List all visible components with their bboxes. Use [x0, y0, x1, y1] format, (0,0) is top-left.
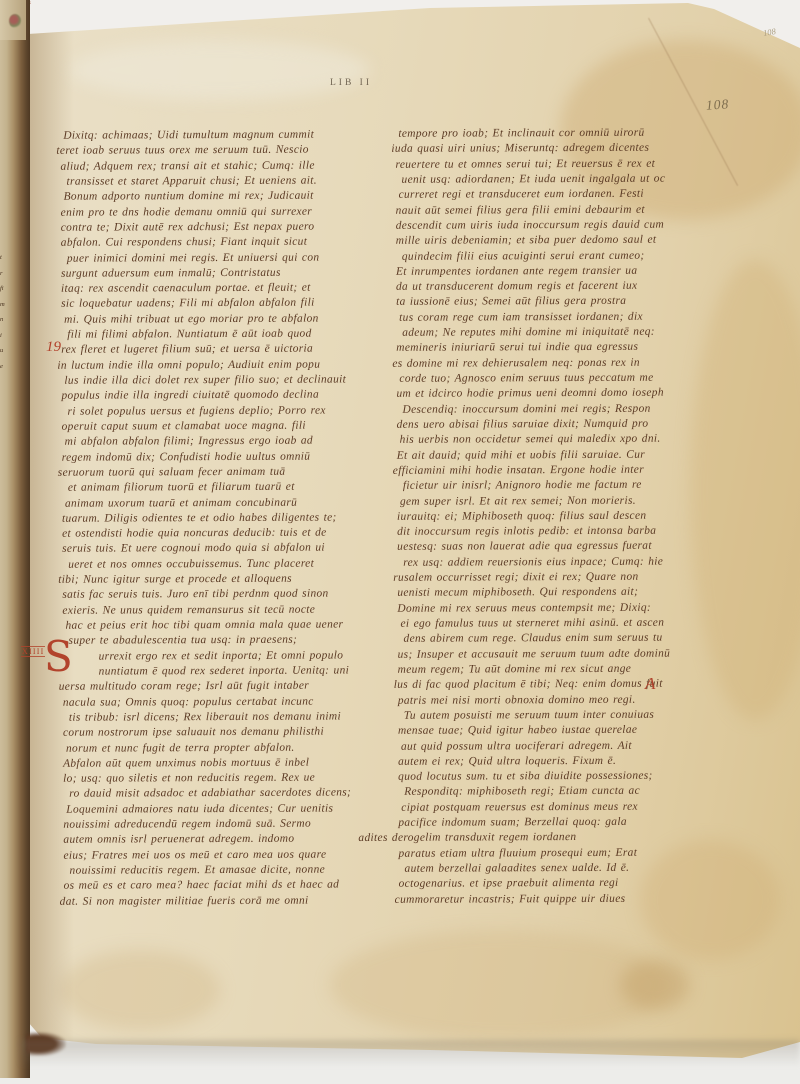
text-line: Dixitq: achimaas; Uidi tumultum magnum c… — [63, 127, 392, 144]
text-line: Et ait dauid; quid mihi et uobis filii s… — [397, 447, 765, 464]
text-line: Tu autem posuisti me seruum tuum inter c… — [404, 707, 766, 724]
text-line: super te abadulescentia tua usq: in prae… — [69, 633, 395, 650]
right-text-column: tempore pro ioab; Et inclinauit cor omni… — [395, 125, 766, 908]
text-line: Descendiq: inoccursum domini mei regis; … — [403, 401, 765, 418]
text-line: seruis tuis. Et uere cognoui modo quia s… — [62, 541, 394, 558]
text-line: memineris iniuriarū serui tui indie qua … — [396, 340, 764, 357]
text-line: uenit usq: adiordanen; Et iuda uenit ing… — [401, 171, 763, 188]
text-line: exieris. Ne unus quidem remansurus sit t… — [62, 602, 394, 619]
left-text-column: Dixitq: achimaas; Uidi tumultum magnum c… — [60, 127, 395, 909]
text-line: tuarum. Diligis odientes te et odio habe… — [62, 510, 394, 527]
text-line: Domine mi rex seruus meus contempsit me;… — [397, 600, 765, 617]
text-line: contra te; Dixit autē rex adchusi; Est n… — [61, 219, 393, 236]
text-line: patris mei nisi morti obnoxia domino meo… — [398, 692, 766, 709]
chapter-number-19: 19 — [46, 339, 61, 356]
text-line: os meū es et caro mea? haec faciat mihi … — [64, 878, 396, 895]
marginal-letter-a: A — [645, 674, 655, 694]
text-line: cipiat postquam reuersus est dominus meu… — [401, 799, 766, 816]
text-line: aliud; Adquem rex; transi ait et stahic;… — [60, 158, 392, 175]
text-line: tis tribub: isrl dicens; Rex liberauit n… — [69, 709, 395, 726]
text-line: tempore pro ioab; Et inclinauit cor omni… — [398, 125, 763, 142]
text-line: mensae tuae; Quid igitur habeo iustae qu… — [398, 722, 766, 739]
text-line: dat. Si non magister militiae fueris cor… — [60, 893, 396, 910]
text-line: r — [0, 271, 9, 278]
text-line: Loquemini admaiores natu iuda dicentes; … — [66, 801, 395, 818]
text-line: dens abirem cum rege. Claudus enim sum s… — [404, 631, 766, 648]
text-line: autem ei rex; Quid ultra loqueris. Fixum… — [398, 753, 766, 770]
text-line: es domine mi rex dehierusalem neq: ponas… — [392, 355, 764, 372]
text-line: lus indie illa dici dolet rex super fili… — [64, 372, 393, 389]
text-line: enim pro te dns hodie demanu omniū qui s… — [61, 204, 393, 221]
text-line: mille uiris debeniamin; et siba puer ded… — [396, 232, 764, 249]
text-line: uenisti mecum miphiboseth. Qui responden… — [397, 585, 765, 602]
text-line: m — [0, 302, 9, 309]
text-line: hac et peius erit hoc tibi quam omnia ma… — [65, 617, 394, 634]
text-line: curreret regi et transduceret eum iordan… — [399, 186, 764, 203]
text-line: Et inrumpentes iordanen ante regem trans… — [396, 263, 764, 280]
text-line: norum et nunc fugit de terra propter abf… — [66, 740, 395, 757]
text-line: ri solet populus uersus et fugiens depli… — [68, 403, 394, 420]
manuscript-photo: trfimniue LIB II 108 108 Dixitq: achimaa… — [0, 0, 800, 1084]
text-line: dit inoccursum regis inlotis pedib: et i… — [397, 523, 765, 540]
text-line: iurauitq: ei; Miphiboseth quoq: filius s… — [397, 508, 765, 525]
text-line: adeum; Ne reputes mihi domine mi iniquit… — [402, 324, 764, 341]
text-line: octogenarius. et ipse praebuit alimenta … — [399, 876, 767, 893]
text-line: Abfalon aūt quem unximus nobis mortuus ē… — [63, 755, 395, 772]
text-line: tus coram rege cum iam transisset iordan… — [399, 309, 764, 326]
text-line: et animam filiorum tuorū et filiarum tua… — [68, 479, 394, 496]
text-line: nouissimi adreducendū regem indomū suā. … — [63, 816, 395, 833]
text-line: mi. Quis mihi tribuat ut ego moriar pro … — [64, 311, 393, 328]
text-line: uestesq: suas non lauerat adie qua egres… — [397, 539, 765, 556]
running-title: LIB II — [330, 78, 372, 88]
text-line: adites derogelim transduxit regem iordan… — [358, 830, 766, 847]
text-line: regem indomū dix; Confudisti hodie uultu… — [62, 449, 394, 466]
text-line: nouissimi reducitis regem. Et amasae dic… — [70, 862, 396, 879]
text-line: ueret et nos omnes occubuissemus. Tunc p… — [68, 556, 394, 573]
text-line: rex fleret et lugeret filium suū; et uer… — [61, 342, 393, 359]
text-line: um et idcirco hodie primus ueni deomni d… — [396, 386, 764, 403]
text-line: ficietur uir inisrl; Anignoro hodie me f… — [403, 477, 765, 494]
text-line: i — [0, 333, 9, 340]
previous-folio-text-fragments: trfimniue — [0, 255, 9, 370]
text-line: operuit caput suum et clamabat uoce magn… — [62, 418, 394, 435]
text-line: corde tuo; Agnosco enim seruus tuus pecc… — [399, 370, 764, 387]
text-line: ta iussionē eius; Semei aūt filius gera … — [396, 294, 764, 311]
text-line: surgunt aduersum eum inmalū; Contristatu… — [61, 265, 393, 282]
chapter-number-xiiii: XIIII — [21, 646, 45, 657]
text-line: puer inimici domini mei regis. Et uniuer… — [67, 250, 393, 267]
text-line: urrexit ergo rex et sedit inporta; Et om… — [63, 648, 395, 665]
text-line: aut quid possum ultra uociferari adregem… — [401, 738, 766, 755]
parchment-stain — [620, 960, 690, 1010]
text-line: n — [0, 317, 9, 324]
text-line: nauit aūt semei filius gera filii emini … — [396, 202, 764, 219]
text-line: his uerbis non occidetur semei qui maled… — [400, 431, 765, 448]
text-line: nuntiatum ē quod rex sederet inporta. Ue… — [63, 663, 395, 680]
text-line: ro dauid misit adsadoc et adabiathar sac… — [69, 786, 395, 803]
text-line: e — [0, 364, 9, 371]
text-line: nacula sua; Omnis quoq: populus certabat… — [63, 694, 395, 711]
book-spine — [0, 0, 30, 1078]
spine-illumination-speck — [9, 14, 21, 28]
text-line: eius; Fratres mei uos os meū et caro mea… — [63, 847, 395, 864]
text-line: quod locutus sum. tu et siba diuidite po… — [398, 768, 766, 785]
text-line: mi abfalon abfalon filimi; Ingressus erg… — [65, 434, 394, 451]
text-line: in luctum indie illa omni populo; Audiui… — [57, 357, 393, 374]
text-line: descendit cum uiris iuda inoccursum regi… — [396, 217, 764, 234]
text-line: fi — [0, 286, 9, 293]
text-line: tibi; Nunc igitur surge et procede et al… — [58, 571, 394, 588]
text-line: lus di fac quod placitum ē tibi; Neq: en… — [394, 676, 766, 693]
folio-number: 108 — [705, 96, 729, 114]
parchment-stain — [70, 40, 370, 100]
text-line: rusalem occurrisset regi; dixit ei rex; … — [393, 569, 765, 586]
text-line: itaq: rex ascendit caenaculum portae. et… — [61, 280, 393, 297]
text-line: reuertere tu et omnes serui tui; Et reue… — [395, 156, 763, 173]
text-line: transisset et staret Apparuit chusi; Et … — [66, 173, 392, 190]
text-line: us; Insuper et accusauit me seruum tuum … — [398, 646, 766, 663]
page-drop-shadow — [20, 1040, 800, 1074]
text-line: rex usq: addiem reuersionis eius inpace;… — [403, 554, 765, 571]
text-line: fili mi filimi abfalon. Nuntiatum ē aūt … — [67, 326, 393, 343]
text-line: satis fac seruis tuis. Juro enī tibi per… — [62, 587, 394, 604]
text-line: iuda quasi uiri unius; Miseruntq: adrege… — [391, 141, 763, 158]
text-line: autem berzellai galaadites senex ualde. … — [405, 860, 767, 877]
decorated-initial-s: S — [44, 636, 73, 678]
text-line: et ostendisti hodie quia noncuras deduci… — [62, 525, 394, 542]
text-line: Bonum adporto nuntium domine mi rex; Jud… — [64, 189, 393, 206]
text-line: seruorum tuorū qui saluam fecer animam t… — [58, 464, 394, 481]
text-line: autem omnis isrl peruenerat adregem. ind… — [63, 832, 395, 849]
text-line: abfalon. Cui respondens chusi; Fiant inq… — [61, 234, 393, 251]
parchment-stain — [330, 930, 670, 1040]
text-line: paratus etiam ultra fluuium prosequi eum… — [398, 845, 766, 862]
text-line: dens uero abisai filius saruiae dixit; N… — [397, 416, 765, 433]
text-line: animam uxorum tuarū et animam concubinar… — [65, 495, 394, 512]
text-line: teret ioab seruus tuus orex me seruum tu… — [56, 143, 392, 160]
text-line: u — [0, 348, 9, 355]
text-line: cummoraretur incastris; Fuit quippe uir … — [395, 891, 767, 908]
text-line: corum nostrorum ipse saluauit nos demanu… — [63, 724, 395, 741]
text-line: gem super isrl. Et ait rex semei; Non mo… — [400, 493, 765, 510]
text-line: da ut transducerent domum regis et facer… — [396, 278, 764, 295]
text-line: pacifice indomum suam; Berzellai quoq: g… — [398, 814, 766, 831]
text-line: Responditq: miphiboseth regi; Etiam cunc… — [404, 784, 766, 801]
corner-folio-number: 108 — [762, 26, 776, 38]
parchment-stain — [60, 950, 220, 1030]
text-line: quindecim filii eius acuiginti serui era… — [402, 248, 764, 265]
text-line: ei ego famulus tuus ut sterneret mihi as… — [400, 615, 765, 632]
text-line: populus indie illa ingredi ciuitatē quom… — [61, 388, 393, 405]
text-line: meum regem; Tu aūt domine mi rex sicut a… — [398, 661, 766, 678]
text-line: t — [0, 255, 9, 262]
text-line: efficiamini mihi hodie insatan. Ergone h… — [393, 462, 765, 479]
text-line: lo; usq: quo siletis et non reducitis re… — [63, 770, 395, 787]
text-line: sic loquebatur uadens; Fili mi abfalon a… — [61, 296, 393, 313]
text-line: uersa multitudo coram rege; Isrl aūt fug… — [59, 679, 395, 696]
